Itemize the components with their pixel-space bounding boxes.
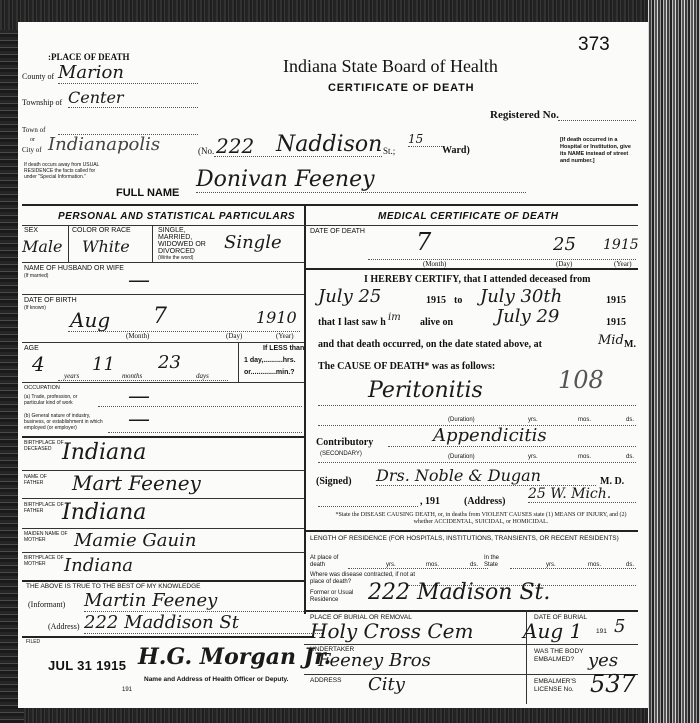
residence-heading: LENGTH OF RESIDENCE (FOR HOSPITALS, INST… bbox=[310, 534, 636, 543]
color-label: COLOR OR RACE bbox=[72, 227, 131, 234]
attended-to: July 30th bbox=[480, 286, 562, 307]
street-number: 222 bbox=[216, 134, 254, 158]
registered-no-label: Registered No. bbox=[490, 109, 559, 121]
dob-day: 7 bbox=[153, 304, 167, 329]
cause-duration-label: (Duration) bbox=[448, 417, 475, 423]
in-state-mos-label: mos. bbox=[588, 562, 601, 568]
in-state-yrs-label: yrs. bbox=[546, 562, 556, 568]
filed-stamp: JUL 31 1915 bbox=[48, 658, 126, 673]
last-saw-date: July 29 bbox=[496, 306, 559, 327]
street-field bbox=[214, 156, 382, 157]
occupation-label: OCCUPATION bbox=[24, 385, 60, 391]
marital-label: SINGLE, MARRIED, WIDOWED OR DIVORCED bbox=[158, 227, 218, 255]
filed-year-prefix: 191 bbox=[122, 687, 132, 693]
dob-month: Aug bbox=[70, 308, 110, 332]
father-value: Mart Feeney bbox=[72, 471, 201, 495]
registrar-label: Name and Address of Health Officer or De… bbox=[144, 676, 288, 683]
full-name-value: Donivan Feeney bbox=[196, 167, 526, 193]
cause-value: Peritonitis bbox=[368, 378, 483, 403]
former-residence-value: 222 Madison St. bbox=[368, 580, 550, 605]
mother-birthplace-value: Indiana bbox=[64, 555, 133, 576]
medical-heading: MEDICAL CERTIFICATE OF DEATH bbox=[378, 211, 558, 222]
cause-ds-label: ds. bbox=[626, 417, 634, 423]
cause-yrs-label: yrs. bbox=[528, 417, 538, 423]
dob-label: DATE OF BIRTH bbox=[24, 297, 77, 304]
contributory-ds-label: ds. bbox=[626, 454, 634, 460]
street-name: Naddison bbox=[276, 132, 382, 157]
city-label: City of bbox=[22, 146, 42, 154]
father-label: NAME OF FATHER bbox=[24, 474, 64, 486]
full-name-label: FULL NAME bbox=[116, 187, 179, 199]
registrar-signature: H.G. Morgan Jr. bbox=[138, 644, 331, 670]
sex-label: SEX bbox=[24, 227, 38, 234]
undertaker-value: Feeney Bros bbox=[318, 650, 431, 671]
at-place-mos-label: mos. bbox=[426, 562, 439, 568]
to-label: to bbox=[454, 295, 462, 306]
ward-label: Ward) bbox=[442, 145, 470, 156]
true-statement: THE ABOVE IS TRUE TO THE BEST OF MY KNOW… bbox=[26, 583, 200, 590]
at-place-ds-label: ds. bbox=[470, 562, 478, 568]
mother-value: Mamie Gauin bbox=[74, 530, 196, 551]
cause-code: 108 bbox=[558, 366, 604, 394]
occupation-b-value: — bbox=[128, 407, 150, 432]
age-days: 23 bbox=[158, 352, 181, 373]
age-years-label: years bbox=[64, 372, 79, 380]
age-years: 4 bbox=[32, 352, 45, 376]
contributory-duration-label: (Duration) bbox=[448, 454, 475, 460]
from-year: 1915 bbox=[426, 295, 446, 306]
spouse-value: — bbox=[128, 268, 150, 293]
city-value: Indianapolis bbox=[48, 134, 160, 155]
birthplace-label: BIRTHPLACE OF DECEASED bbox=[24, 440, 64, 452]
cause-mos-label: mos. bbox=[578, 417, 591, 423]
contributory-yrs-label: yrs. bbox=[528, 454, 538, 460]
town-label: Town of bbox=[22, 126, 45, 134]
contributory-mos-label: mos. bbox=[578, 454, 591, 460]
burial-year-prefix: 191 bbox=[596, 628, 607, 635]
or-label: or bbox=[30, 137, 35, 143]
occupation-b-label: (b) General nature of industry, business… bbox=[24, 413, 106, 431]
marital-note: (Write the word) bbox=[158, 255, 193, 262]
burial-place-value: Holy Cross Cem bbox=[310, 619, 473, 643]
secondary-label: (SECONDARY) bbox=[320, 451, 362, 457]
in-state-ds-label: ds. bbox=[626, 562, 634, 568]
last-saw-year: 1915 bbox=[606, 317, 626, 328]
signed-value: Drs. Noble & Dugan bbox=[376, 466, 596, 486]
age-label: AGE bbox=[24, 345, 39, 352]
to-year: 1915 bbox=[606, 295, 626, 306]
color-value: White bbox=[82, 237, 130, 256]
dob-note: (If known) bbox=[24, 305, 46, 312]
contributory-value: Appendicitis bbox=[433, 425, 547, 446]
former-residence-label: Former or Usual Residence bbox=[310, 590, 360, 604]
mother-label: MAIDEN NAME OF MOTHER bbox=[24, 531, 68, 543]
document-title: Indiana State Board of Health bbox=[283, 56, 498, 77]
county-label: County of bbox=[22, 72, 54, 81]
document-number: 373 bbox=[578, 34, 610, 56]
street-label: St.; bbox=[383, 146, 395, 156]
street-no-label: (No. bbox=[198, 146, 214, 156]
death-month-label: (Month) bbox=[423, 260, 446, 268]
dob-year-label: (Year) bbox=[276, 332, 294, 340]
filed-label: FILED bbox=[26, 639, 40, 646]
burial-date-value: Aug 1 bbox=[523, 619, 582, 643]
dob-month-label: (Month) bbox=[126, 332, 149, 340]
death-certificate: 373 Indiana State Board of Health CERTIF… bbox=[18, 22, 648, 708]
signed-label: (Signed) bbox=[316, 476, 352, 487]
death-year-label: (Year) bbox=[614, 260, 632, 268]
at-place-label: At place of death bbox=[310, 555, 350, 569]
place-of-death-heading: :PLACE OF DEATH bbox=[48, 52, 130, 62]
license-value: 537 bbox=[590, 670, 636, 698]
death-date-label: DATE OF DEATH bbox=[310, 228, 365, 235]
burial-year-suffix: 5 bbox=[614, 616, 625, 637]
burial-address-label: ADDRESS bbox=[310, 677, 341, 684]
embalmed-value: yes bbox=[588, 650, 618, 671]
cause-label: The CAUSE OF DEATH* was as follows: bbox=[318, 361, 495, 372]
county-value: Marion bbox=[58, 62, 198, 84]
contributory-label: Contributory bbox=[316, 437, 373, 448]
dob-year: 1910 bbox=[256, 308, 297, 327]
age-months: 11 bbox=[92, 354, 115, 375]
birthplace-value: Indiana bbox=[62, 440, 146, 465]
away-from-residence-note: If death occurs away from USUAL RESIDENC… bbox=[24, 162, 104, 180]
death-month: 7 bbox=[416, 228, 431, 256]
cause-footnote: *State the DISEASE CAUSING DEATH, or, in… bbox=[326, 512, 636, 526]
physician-address-value: 25 W. Mich. bbox=[528, 486, 636, 503]
spouse-note: (If married) bbox=[24, 273, 48, 280]
death-day-label: (Day) bbox=[556, 260, 572, 268]
father-birthplace-value: Indiana bbox=[62, 500, 146, 525]
dob-day-label: (Day) bbox=[226, 332, 242, 340]
age-days-label: days bbox=[196, 372, 209, 380]
occurred-text: and that death occurred, on the date sta… bbox=[318, 339, 542, 350]
informant-address-label: (Address) bbox=[48, 622, 80, 631]
sex-value: Male bbox=[22, 237, 63, 256]
death-year: 1915 bbox=[603, 237, 639, 253]
alive-on-label: alive on bbox=[420, 317, 453, 328]
death-time: Mid bbox=[598, 333, 624, 348]
or-min-label: or.............min.? bbox=[244, 369, 295, 376]
occupation-a-label: (a) Trade, profession, or particular kin… bbox=[24, 394, 96, 406]
one-day-label: 1 day,..........hrs. bbox=[244, 357, 296, 364]
license-label: EMBALMER'S LICENSE No. bbox=[534, 678, 594, 694]
death-time-suffix: M. bbox=[624, 339, 636, 350]
last-saw-label: that I last saw h bbox=[318, 317, 386, 328]
signed-year-prefix: , 191 bbox=[420, 496, 440, 507]
in-state-label: In the State bbox=[484, 555, 514, 569]
burial-address-value: City bbox=[368, 674, 405, 695]
binding-edge-right bbox=[648, 0, 700, 723]
informant-address-value: 222 Maddison St bbox=[84, 612, 324, 634]
at-place-yrs-label: yrs. bbox=[386, 562, 396, 568]
township-value: Center bbox=[68, 88, 198, 108]
registered-no-field bbox=[558, 120, 636, 121]
hospital-note: [If death occurred in a Hospital or Inst… bbox=[560, 137, 638, 165]
certify-text: I HEREBY CERTIFY, that I attended deceas… bbox=[364, 274, 591, 285]
marital-value: Single bbox=[224, 232, 282, 253]
last-saw-pronoun: im bbox=[388, 312, 401, 323]
spouse-label: NAME OF HUSBAND OR WIFE bbox=[24, 265, 124, 272]
informant-label: (Informant) bbox=[28, 600, 65, 609]
informant-value: Martin Feeney bbox=[84, 590, 324, 612]
township-label: Township of bbox=[22, 98, 62, 107]
document-subtitle: CERTIFICATE OF DEATH bbox=[328, 82, 474, 94]
personal-heading: PERSONAL AND STATISTICAL PARTICULARS bbox=[58, 211, 295, 222]
attended-from: July 25 bbox=[318, 286, 381, 307]
age-months-label: months bbox=[122, 372, 142, 380]
less-than-label: If LESS than bbox=[263, 345, 304, 352]
death-day: 25 bbox=[553, 234, 576, 255]
ward-value: 15 bbox=[408, 132, 442, 147]
physician-address-label: (Address) bbox=[464, 496, 505, 507]
